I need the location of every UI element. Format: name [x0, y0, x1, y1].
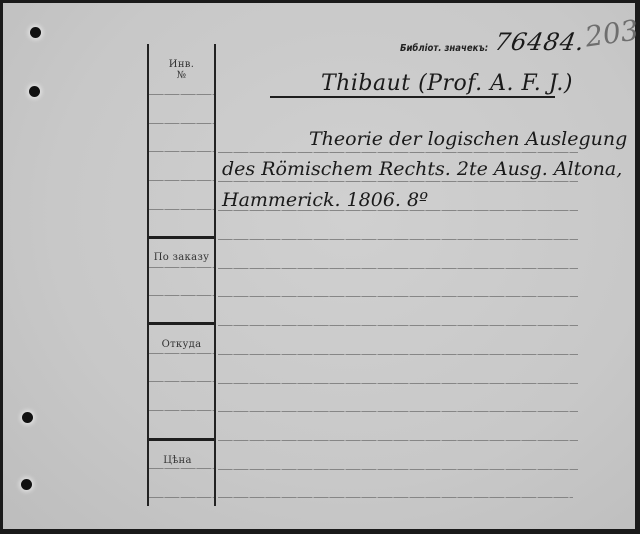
section-divider: [149, 438, 214, 441]
ruled-line: [149, 381, 214, 382]
section-divider: [149, 236, 214, 239]
ruled-line: [218, 469, 578, 470]
section-divider: [149, 322, 214, 325]
ruled-line: [218, 239, 578, 240]
price-label: Цѣна: [145, 455, 210, 466]
ruled-line: [149, 267, 214, 268]
title-line-1: Theorie der logischen Auslegung: [309, 128, 627, 150]
ruled-line: [218, 296, 578, 297]
punch-hole: [22, 412, 33, 423]
ruled-line: [218, 210, 578, 211]
ruled-line: [218, 411, 578, 412]
punch-hole: [29, 86, 40, 97]
by-order-label: По заказу: [149, 252, 214, 263]
ruled-line: [149, 94, 214, 95]
ruled-line: [218, 440, 578, 441]
catalog-card: Инв. № По заказу Откуда Цѣна Библіот. зн…: [3, 3, 635, 529]
ruled-line: [149, 497, 214, 498]
inventory-label: Инв. №: [149, 59, 214, 81]
ruled-line: [149, 180, 214, 181]
ruled-line: [149, 151, 214, 152]
ruled-line: [149, 295, 214, 296]
ruled-line: [218, 383, 578, 384]
ruled-line: [218, 268, 578, 269]
column-rule-left: [147, 44, 149, 506]
library-mark-label: Библіот. значекъ:: [400, 43, 488, 54]
title-line-2: des Römischem Rechts. 2te Ausg. Altona,: [222, 158, 622, 180]
ruled-line: [218, 152, 578, 153]
library-mark-value: 76484.: [493, 28, 588, 56]
ruled-line: [149, 468, 214, 469]
ruled-line: [149, 209, 214, 210]
title-line-3: Hammerick. 1806. 8º: [222, 189, 428, 211]
ruled-line: [218, 325, 578, 326]
ruled-line: [149, 410, 214, 411]
ruled-line: [218, 354, 578, 355]
column-rule-right: [214, 44, 216, 506]
author-underline: [270, 96, 555, 98]
pencil-annotation: 203: [583, 13, 640, 53]
punch-hole: [30, 27, 41, 38]
author-name: Thibaut (Prof. A. F. J.): [321, 71, 573, 96]
from-where-label: Откуда: [149, 339, 214, 350]
ruled-line: [149, 123, 214, 124]
ruled-line: [218, 181, 578, 182]
ruled-line: [218, 497, 573, 498]
punch-hole: [21, 479, 32, 490]
ruled-line: [149, 353, 214, 354]
